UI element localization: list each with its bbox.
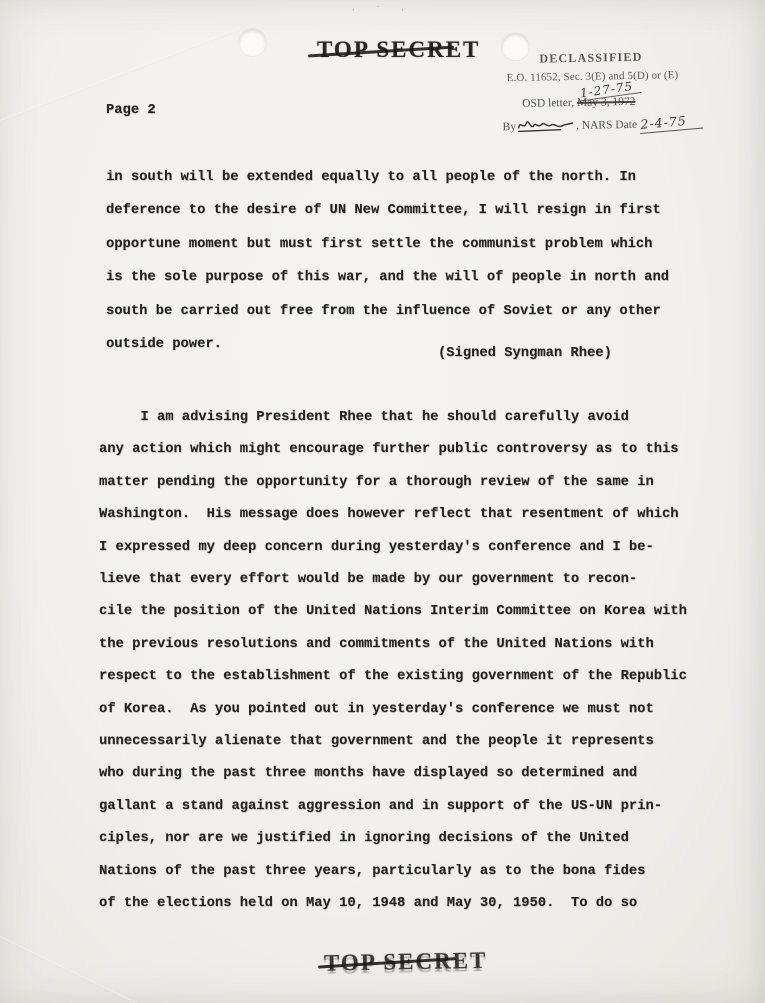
top-secret-stamp-bottom: TOP SECRET <box>324 948 488 977</box>
by-label: By <box>502 121 516 133</box>
declassified-heading: DECLASSIFIED <box>539 48 758 67</box>
osd-letter-line: OSD letter, May 3, 1972 1-27-75 <box>522 94 759 110</box>
page-number-label: Page 2 <box>106 103 156 118</box>
punch-hole-left <box>239 29 266 56</box>
osd-letter-prefix: OSD letter, <box>522 97 577 110</box>
nars-line: By , NARS Date 2-4-75 <box>502 114 759 135</box>
handwritten-initials-scribble <box>517 117 575 134</box>
paragraph-1: in south will be extended equally to all… <box>106 161 669 361</box>
nars-date-label: , NARS Date <box>576 119 640 132</box>
document-page: · ˙ · TOP SECRET DECLASSIFIED E.O. 11652… <box>0 0 765 1003</box>
declassification-stamp: DECLASSIFIED E.O. 11652, Sec. 3(E) and 5… <box>496 48 759 136</box>
paper-crease-bottom-left <box>0 929 146 1003</box>
handwritten-nars-date: 2-4-75 <box>639 112 704 134</box>
paragraph-2: I am advising President Rhee that he sho… <box>99 402 687 921</box>
signature-line: (Signed Syngman Rhee) <box>438 346 612 361</box>
top-secret-stamp-top: TOP SECRET <box>317 37 480 63</box>
pencil-marks: · ˙ · <box>352 6 413 16</box>
